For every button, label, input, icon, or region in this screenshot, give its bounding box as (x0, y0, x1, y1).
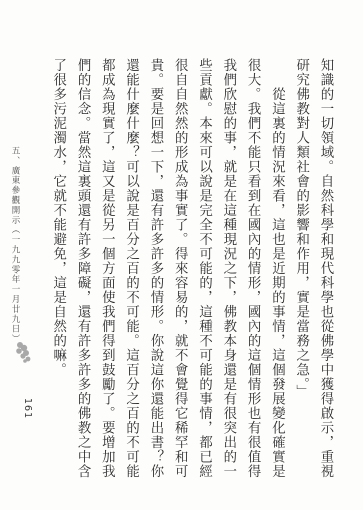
page-number: 161 (22, 398, 33, 419)
running-head: 五、廣東參觀開示（一九九零年一月廿九日） (9, 146, 21, 344)
text-column-4: 很大。我們不能只看到在國內的情形，國內的這個情形也有很值得 (240, 58, 264, 470)
text-column-11: 們的信念。當然這裏頭還有許多障礙，還有許多許多的佛教之中含 (70, 58, 94, 470)
text-column-5: 我們欣慰的事，就是在這種現況之下，佛教本身還是有很突出的一 (216, 58, 240, 470)
text-column-1: 知識的一切領域。自然科學和現代科學也從佛學中獲得啟示，重視 (313, 58, 337, 470)
flower-ornament-icon (14, 340, 34, 364)
text-column-3-paragraph-start: 從這裏的情況來看，這也是近期的事情，這個發展變化確實是 (264, 58, 288, 470)
text-column-7: 很自自然然的形成為事實了。得來容易的，就不會覺得它稀罕和可 (167, 58, 191, 470)
text-column-10: 都成為現實了，這又是從另一個方面使我們得到鼓勵了。要增加我 (94, 58, 118, 470)
text-column-2: 研究佛教對人類社會的影響和作用，實是當務之急。」 (288, 58, 312, 470)
text-column-6: 些貢獻。本來可以說是完全不可能的，這種不可能的事情，都已經 (191, 58, 215, 470)
text-column-12: 了很多污泥濁水，它就不能避免，這是自然的嘛。 (45, 58, 69, 470)
text-column-8: 貴。要是回想一下，還有許多許多的情形。你說這你還能出書？你 (143, 58, 167, 470)
body-text: 知識的一切領域。自然科學和現代科學也從佛學中獲得啟示，重視 研究佛教對人類社會的… (45, 58, 337, 470)
book-page: 知識的一切領域。自然科學和現代科學也從佛學中獲得啟示，重視 研究佛教對人類社會的… (0, 0, 363, 510)
text-column-9: 還能什麼什麼？可以說是百分之百的不可能。這百分之百的不可能 (118, 58, 142, 470)
